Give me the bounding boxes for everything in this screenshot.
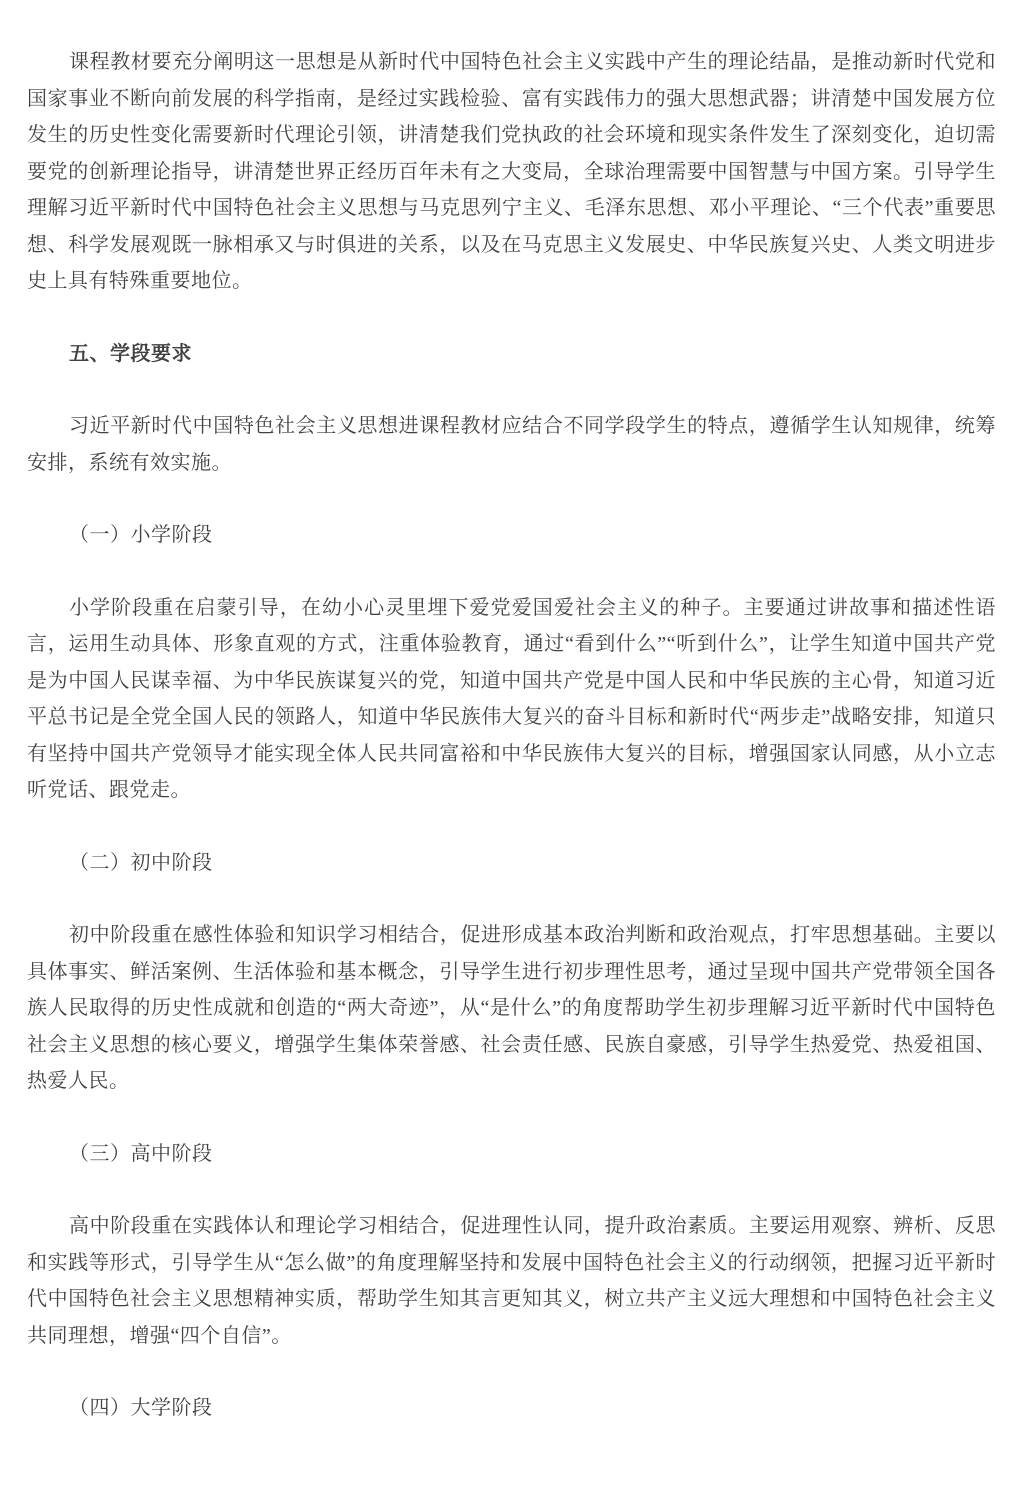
body-paragraph: 习近平新时代中国特色社会主义思想进课程教材应结合不同学段学生的特点，遵循学生认知… xyxy=(27,408,996,481)
body-paragraph: 高中阶段重在实践体认和理论学习相结合，促进理性认同，提升政治素质。主要运用观察、… xyxy=(27,1208,996,1354)
document-page: 课程教材要充分阐明这一思想是从新时代中国特色社会主义实践中产生的理论结晶，是推动… xyxy=(0,0,1024,1493)
subsection-heading-primary-school: （一）小学阶段 xyxy=(27,517,996,554)
body-paragraph: 初中阶段重在感性体验和知识学习相结合，促进形成基本政治判断和政治观点，打牢思想基… xyxy=(27,917,996,1100)
body-paragraph: 小学阶段重在启蒙引导，在幼小心灵里埋下爱党爱国爱社会主义的种子。主要通过讲故事和… xyxy=(27,590,996,809)
subsection-heading-high-school: （三）高中阶段 xyxy=(27,1136,996,1173)
section-heading: 五、学段要求 xyxy=(27,336,996,373)
body-paragraph: 课程教材要充分阐明这一思想是从新时代中国特色社会主义实践中产生的理论结晶，是推动… xyxy=(27,44,996,300)
subsection-heading-middle-school: （二）初中阶段 xyxy=(27,845,996,882)
subsection-heading-university: （四）大学阶段 xyxy=(27,1390,996,1427)
